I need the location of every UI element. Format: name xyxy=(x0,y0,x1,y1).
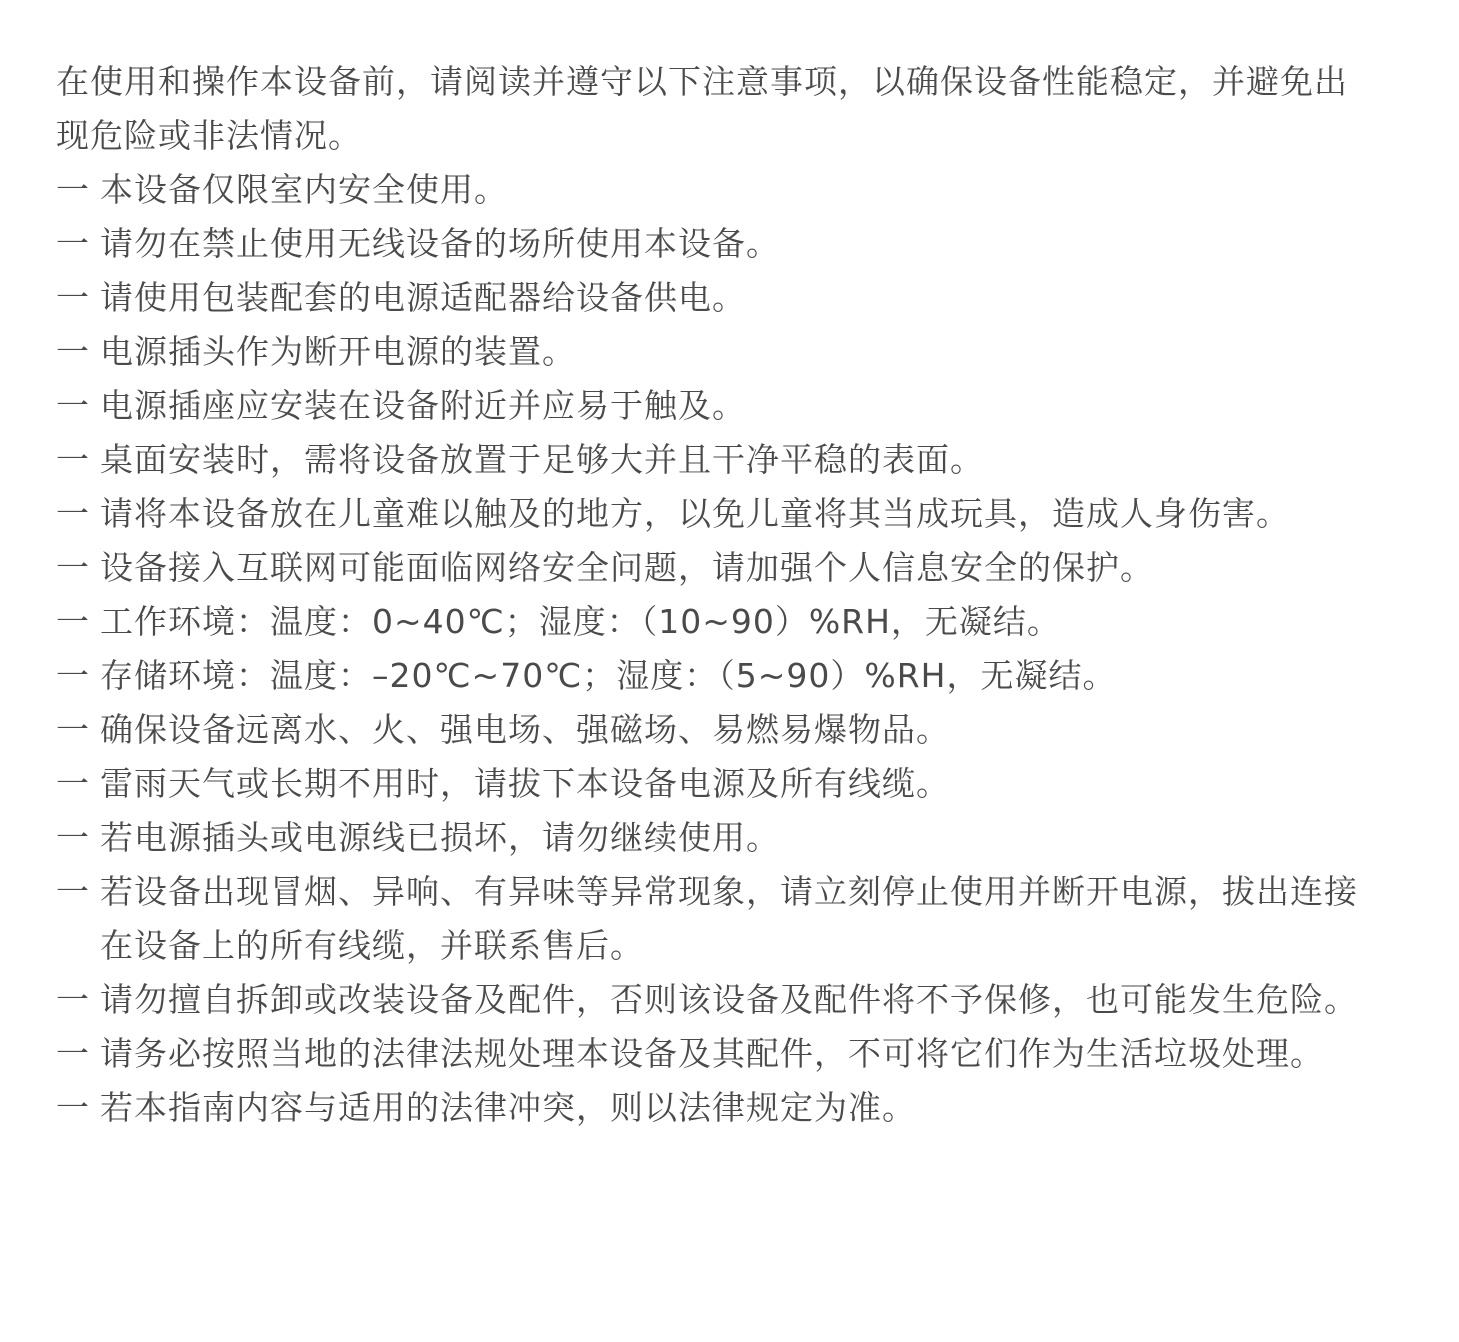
list-item-text: 若电源插头或电源线已损坏，请勿继续使用。 xyxy=(100,818,780,857)
list-item: 一若电源插头或电源线已损坏，请勿继续使用。 xyxy=(56,811,1386,865)
list-item-text: 工作环境：温度：0~40℃；湿度：（10~90）%RH，无凝结。 xyxy=(100,602,1061,641)
list-item: 一请使用包装配套的电源适配器给设备供电。 xyxy=(56,271,1386,325)
list-item-text: 雷雨天气或长期不用时，请拔下本设备电源及所有线缆。 xyxy=(100,764,950,803)
list-item-text: 若设备出现冒烟、异响、有异味等异常现象，请立刻停止使用并断开电源，拔出连接在设备… xyxy=(100,872,1358,965)
list-item: 一请勿擅自拆卸或改装设备及配件，否则该设备及配件将不予保修，也可能发生危险。 xyxy=(56,973,1386,1027)
dash-bullet-icon: 一 xyxy=(56,271,86,325)
dash-bullet-icon: 一 xyxy=(56,757,86,811)
list-item-text: 请勿擅自拆卸或改装设备及配件，否则该设备及配件将不予保修，也可能发生危险。 xyxy=(100,980,1358,1019)
list-item: 一雷雨天气或长期不用时，请拔下本设备电源及所有线缆。 xyxy=(56,757,1386,811)
list-item: 一电源插座应安装在设备附近并应易于触及。 xyxy=(56,379,1386,433)
list-item-text: 设备接入互联网可能面临网络安全问题，请加强个人信息安全的保护。 xyxy=(100,548,1154,587)
list-item-text: 存储环境：温度：–20℃~70℃；湿度：（5~90）%RH，无凝结。 xyxy=(100,656,1117,695)
dash-bullet-icon: 一 xyxy=(56,379,86,433)
dash-bullet-icon: 一 xyxy=(56,1027,86,1081)
dash-bullet-icon: 一 xyxy=(56,865,86,919)
safety-notice-page: 在使用和操作本设备前，请阅读并遵守以下注意事项，以确保设备性能稳定，并避免出现危… xyxy=(0,0,1396,1135)
dash-bullet-icon: 一 xyxy=(56,1081,86,1135)
list-item: 一请将本设备放在儿童难以触及的地方，以免儿童将其当成玩具，造成人身伤害。 xyxy=(56,487,1386,541)
list-item-text: 电源插座应安装在设备附近并应易于触及。 xyxy=(100,386,746,425)
list-item-text: 请使用包装配套的电源适配器给设备供电。 xyxy=(100,278,746,317)
list-item-text: 确保设备远离水、火、强电场、强磁场、易燃易爆物品。 xyxy=(100,710,950,749)
list-item: 一电源插头作为断开电源的装置。 xyxy=(56,325,1386,379)
list-item-text: 请勿在禁止使用无线设备的场所使用本设备。 xyxy=(100,224,780,263)
intro-paragraph: 在使用和操作本设备前，请阅读并遵守以下注意事项，以确保设备性能稳定，并避免出现危… xyxy=(56,55,1376,163)
dash-bullet-icon: 一 xyxy=(56,541,86,595)
list-item: 一工作环境：温度：0~40℃；湿度：（10~90）%RH，无凝结。 xyxy=(56,595,1386,649)
dash-bullet-icon: 一 xyxy=(56,973,86,1027)
list-item-text: 请将本设备放在儿童难以触及的地方，以免儿童将其当成玩具，造成人身伤害。 xyxy=(100,494,1290,533)
dash-bullet-icon: 一 xyxy=(56,703,86,757)
dash-bullet-icon: 一 xyxy=(56,811,86,865)
list-item-text: 若本指南内容与适用的法律冲突，则以法律规定为准。 xyxy=(100,1088,916,1127)
list-item: 一若设备出现冒烟、异响、有异味等异常现象，请立刻停止使用并断开电源，拔出连接在设… xyxy=(56,865,1386,973)
dash-bullet-icon: 一 xyxy=(56,217,86,271)
dash-bullet-icon: 一 xyxy=(56,433,86,487)
dash-bullet-icon: 一 xyxy=(56,487,86,541)
dash-bullet-icon: 一 xyxy=(56,595,86,649)
list-item: 一确保设备远离水、火、强电场、强磁场、易燃易爆物品。 xyxy=(56,703,1386,757)
list-item-text: 电源插头作为断开电源的装置。 xyxy=(100,332,576,371)
list-item: 一设备接入互联网可能面临网络安全问题，请加强个人信息安全的保护。 xyxy=(56,541,1386,595)
list-item: 一桌面安装时，需将设备放置于足够大并且干净平稳的表面。 xyxy=(56,433,1386,487)
list-item: 一本设备仅限室内安全使用。 xyxy=(56,163,1386,217)
list-item: 一请务必按照当地的法律法规处理本设备及其配件，不可将它们作为生活垃圾处理。 xyxy=(56,1027,1386,1081)
dash-bullet-icon: 一 xyxy=(56,325,86,379)
list-item-text: 桌面安装时，需将设备放置于足够大并且干净平稳的表面。 xyxy=(100,440,984,479)
list-item: 一存储环境：温度：–20℃~70℃；湿度：（5~90）%RH，无凝结。 xyxy=(56,649,1386,703)
safety-notes-list: 一本设备仅限室内安全使用。 一请勿在禁止使用无线设备的场所使用本设备。 一请使用… xyxy=(56,163,1386,1135)
dash-bullet-icon: 一 xyxy=(56,163,86,217)
list-item-text: 本设备仅限室内安全使用。 xyxy=(100,170,508,209)
dash-bullet-icon: 一 xyxy=(56,649,86,703)
list-item-text: 请务必按照当地的法律法规处理本设备及其配件，不可将它们作为生活垃圾处理。 xyxy=(100,1034,1324,1073)
list-item: 一若本指南内容与适用的法律冲突，则以法律规定为准。 xyxy=(56,1081,1386,1135)
list-item: 一请勿在禁止使用无线设备的场所使用本设备。 xyxy=(56,217,1386,271)
